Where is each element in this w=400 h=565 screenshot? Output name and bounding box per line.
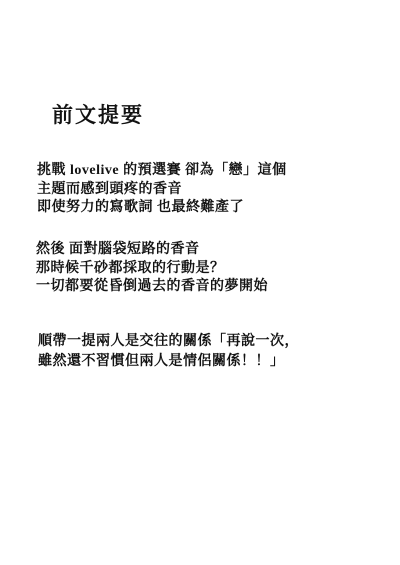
paragraph-note: 順帶一提兩人是交往的關係「再說一次， 雖然還不習慣但兩人是情侶關係！！」 — [38, 332, 299, 372]
paragraph-intro: 挑戰 lovelive 的預選賽 卻為「戀」這個 主題而感到頭疼的香音 即使努力… — [37, 162, 287, 218]
paragraph-intro-line-2: 主題而感到頭疼的香音 — [37, 181, 287, 200]
paragraph-middle-line-3: 一切都要從昏倒過去的香音的夢開始 — [36, 278, 268, 297]
summary-page: 前文提要 挑戰 lovelive 的預選賽 卻為「戀」這個 主題而感到頭疼的香音… — [0, 0, 400, 565]
paragraph-middle-line-2: 那時候千砂都採取的行動是？ — [36, 260, 268, 279]
paragraph-note-line-1: 順帶一提兩人是交往的關係「再說一次， — [38, 332, 299, 352]
paragraph-note-line-2: 雖然還不習慣但兩人是情侶關係！！」 — [38, 352, 299, 372]
paragraph-intro-line-1: 挑戰 lovelive 的預選賽 卻為「戀」這個 — [37, 162, 287, 181]
page-title: 前文提要 — [52, 99, 144, 129]
paragraph-intro-line-3: 即使努力的寫歌詞 也最終難產了 — [37, 199, 287, 218]
paragraph-middle-line-1: 然後 面對腦袋短路的香音 — [36, 241, 268, 260]
paragraph-middle: 然後 面對腦袋短路的香音 那時候千砂都採取的行動是？ 一切都要從昏倒過去的香音的… — [36, 241, 268, 297]
